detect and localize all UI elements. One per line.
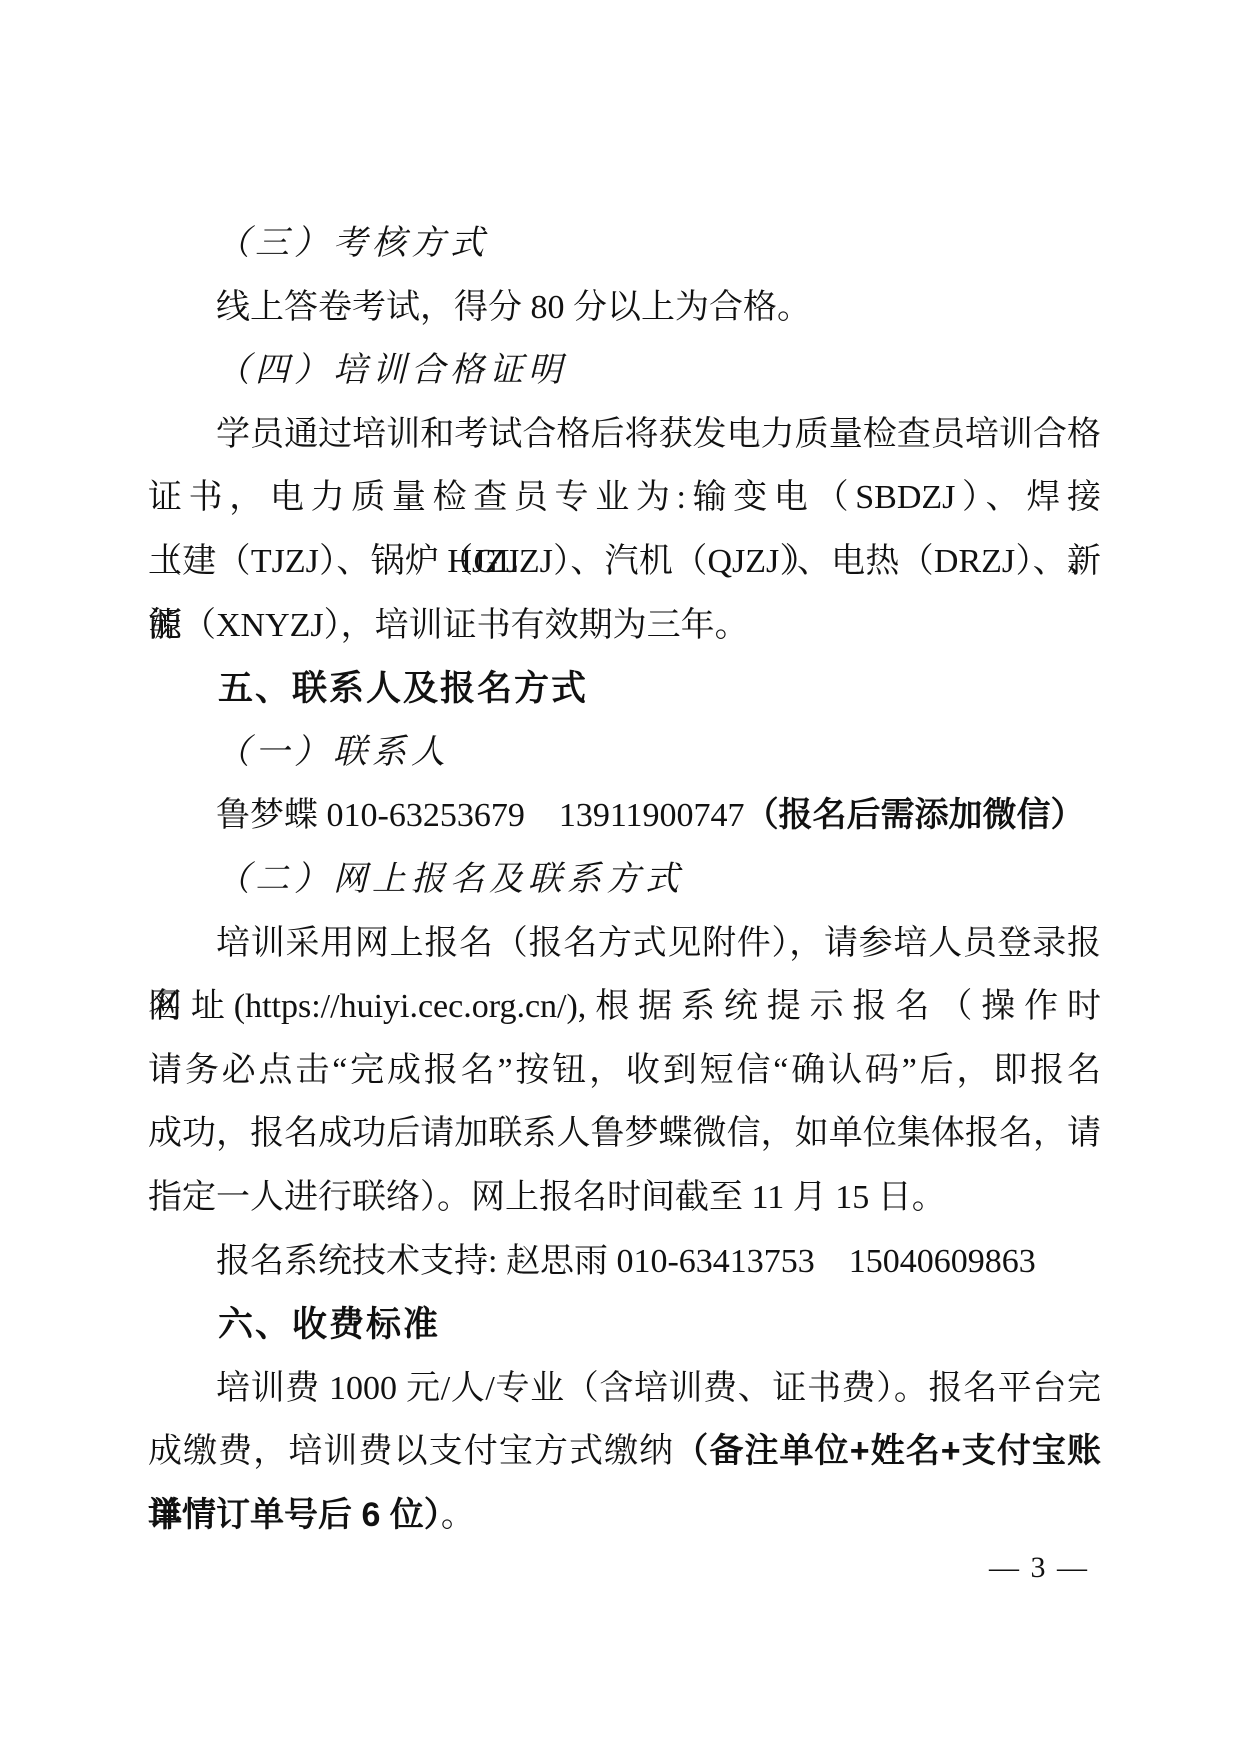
para-certificate-line-3: 土建（TJZJ）、锅炉（GLZJ）、汽机（QJZJ）、电热（DRZJ）、新能 [148,530,1101,594]
para-registration-line-4: 成功，报名成功后请加联系人鲁梦蝶微信，如单位集体报名，请 [148,1102,1101,1166]
heading-section-3-assessment-method: （三）考核方式 [148,212,1101,276]
para-tech-support-contact: 报名系统技术支持: 赵思雨 010-63413753 15040609863 [148,1230,1101,1294]
contact-wechat-note: （报名后需添加微信） [745,796,1085,834]
para-registration-line-1: 培训采用网上报名（报名方式见附件），请参培人员登录报名 [148,912,1101,976]
para-fees-line-1: 培训费 1000 元/人/专业（含培训费、证书费）。报名平台完 [148,1357,1101,1421]
para-exam-pass-criteria: 线上答卷考试，得分 80 分以上为合格。 [148,276,1101,340]
heading-online-registration: （二）网上报名及联系方式 [148,848,1101,912]
para-registration-line-5-deadline: 指定一人进行联络）。网上报名时间截至 11 月 15 日。 [148,1166,1101,1230]
para-fees-line-2: 成缴费，培训费以支付宝方式缴纳（备注单位+姓名+支付宝账单 [148,1420,1101,1484]
para-contact-info: 鲁梦蝶 010-63253679 13911900747（报名后需添加微信） [148,784,1101,848]
fees-line-end-period: 。 [441,1497,475,1534]
page-number: — 3 — [989,1548,1089,1588]
fees-payment-method: 成缴费，培训费以支付宝方式缴纳 [148,1433,674,1470]
para-registration-line-3: 请务必点击“完成报名”按钮，收到短信“确认码”后，即报名 [148,1039,1101,1103]
heading-section-4-training-certificate: （四）培训合格证明 [148,339,1101,403]
para-fees-line-3: 详情订单号后 6 位）。 [148,1484,1101,1548]
document-body: （三）考核方式 线上答卷考试，得分 80 分以上为合格。 （四）培训合格证明 学… [148,212,1101,1547]
para-certificate-line-1: 学员通过培训和考试合格后将获发电力质量检查员培训合格 [148,403,1101,467]
contact-name-and-phones: 鲁梦蝶 010-63253679 13911900747 [216,797,745,834]
para-certificate-line-2: 证书，电力质量检查员专业为:输变电（SBDZJ）、焊接（HJZJ）、 [148,466,1101,530]
heading-section-5-contact-and-registration: 五、联系人及报名方式 [148,657,1101,721]
heading-contact-person: （一）联系人 [148,721,1101,785]
heading-section-6-fee-standard: 六、收费标准 [148,1293,1101,1357]
fees-order-number-note-bold: 详情订单号后 6 位） [148,1496,441,1534]
para-registration-line-2-url: 网址(https://huiyi.cec.org.cn/),根据系统提示报名（操… [148,975,1101,1039]
para-certificate-line-4: 源（XNYZJ），培训证书有效期为三年。 [148,594,1101,658]
